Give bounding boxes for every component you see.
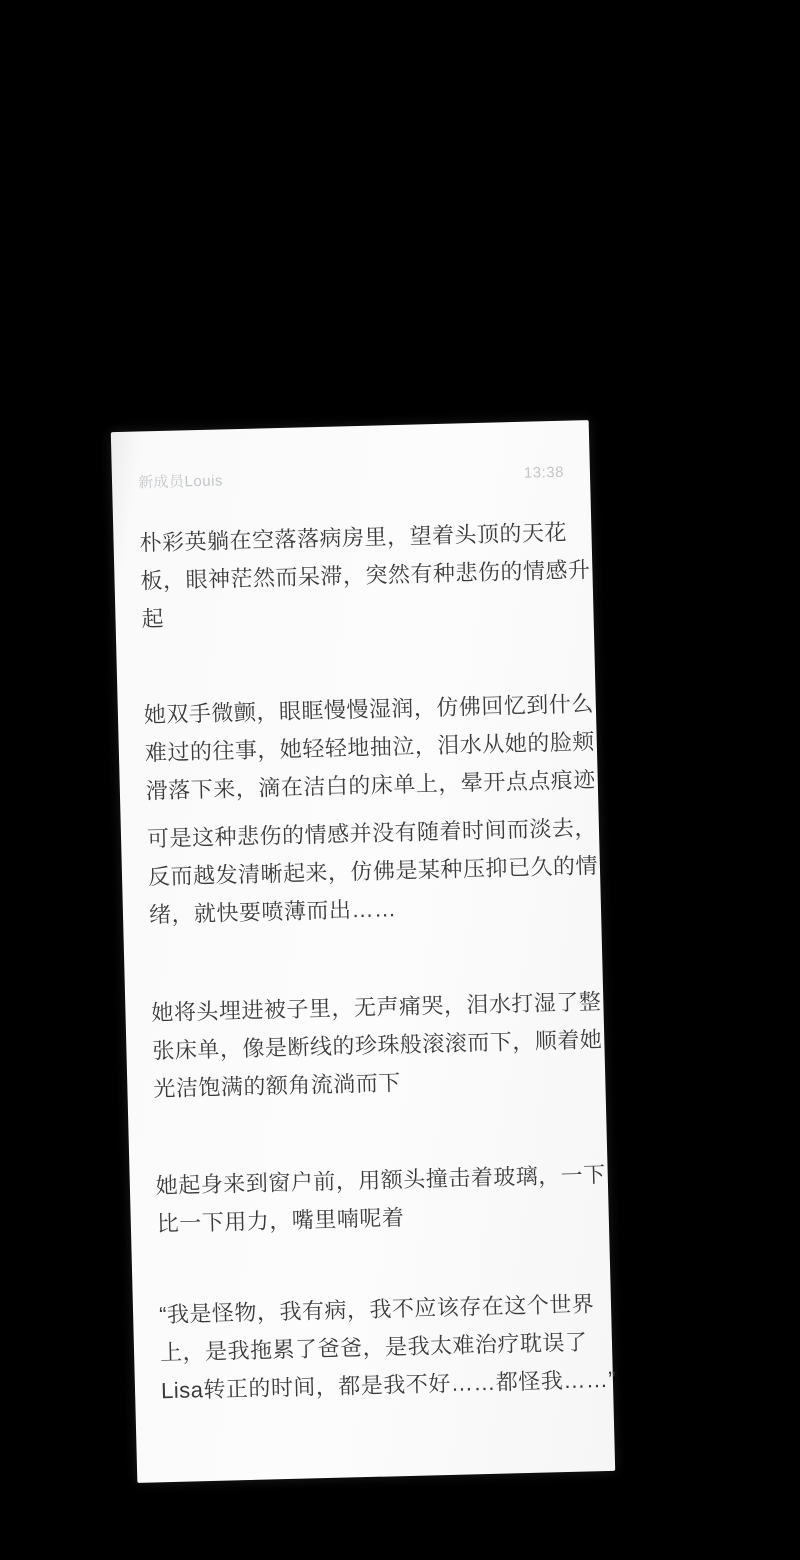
page-header: 新成员Louis 13:38 bbox=[138, 462, 590, 493]
reader-page: 新成员Louis 13:38 朴彩英躺在空落落病房里，望着头顶的天花 板，眼神茫… bbox=[111, 420, 615, 1483]
paragraph: 可是这种悲伤的情感并没有随着时间而淡去， 反而越发清晰起来，仿佛是某种压抑已久的… bbox=[147, 809, 602, 934]
black-backdrop: 新成员Louis 13:38 朴彩英躺在空落落病房里，望着头顶的天花 板，眼神茫… bbox=[0, 0, 800, 1560]
paragraph: 她双手微颤，眼眶慢慢湿润，仿佛回忆到什么 难过的往事，她轻轻地抽泣，泪水从她的脸… bbox=[143, 685, 598, 810]
paragraph: “我是怪物，我有病，我不应该存在这个世界 上，是我拖累了爸爸，是我太难治疗耽误了… bbox=[159, 1285, 614, 1410]
paragraph: 她将头埋进被子里，无声痛哭，泪水打湿了整 张床单，像是断线的珍珠般滚滚而下，顺着… bbox=[151, 983, 606, 1108]
paragraph: 她起身来到窗户前，用额头撞击着玻璃，一下 比一下用力，嘴里喃呢着 bbox=[155, 1156, 609, 1243]
header-username: 新成员Louis bbox=[138, 471, 223, 493]
header-timestamp: 13:38 bbox=[524, 463, 565, 484]
paragraph: 朴彩英躺在空落落病房里，望着头顶的天花 板，眼神茫然而呆滞，突然有种悲伤的情感升… bbox=[139, 513, 594, 638]
